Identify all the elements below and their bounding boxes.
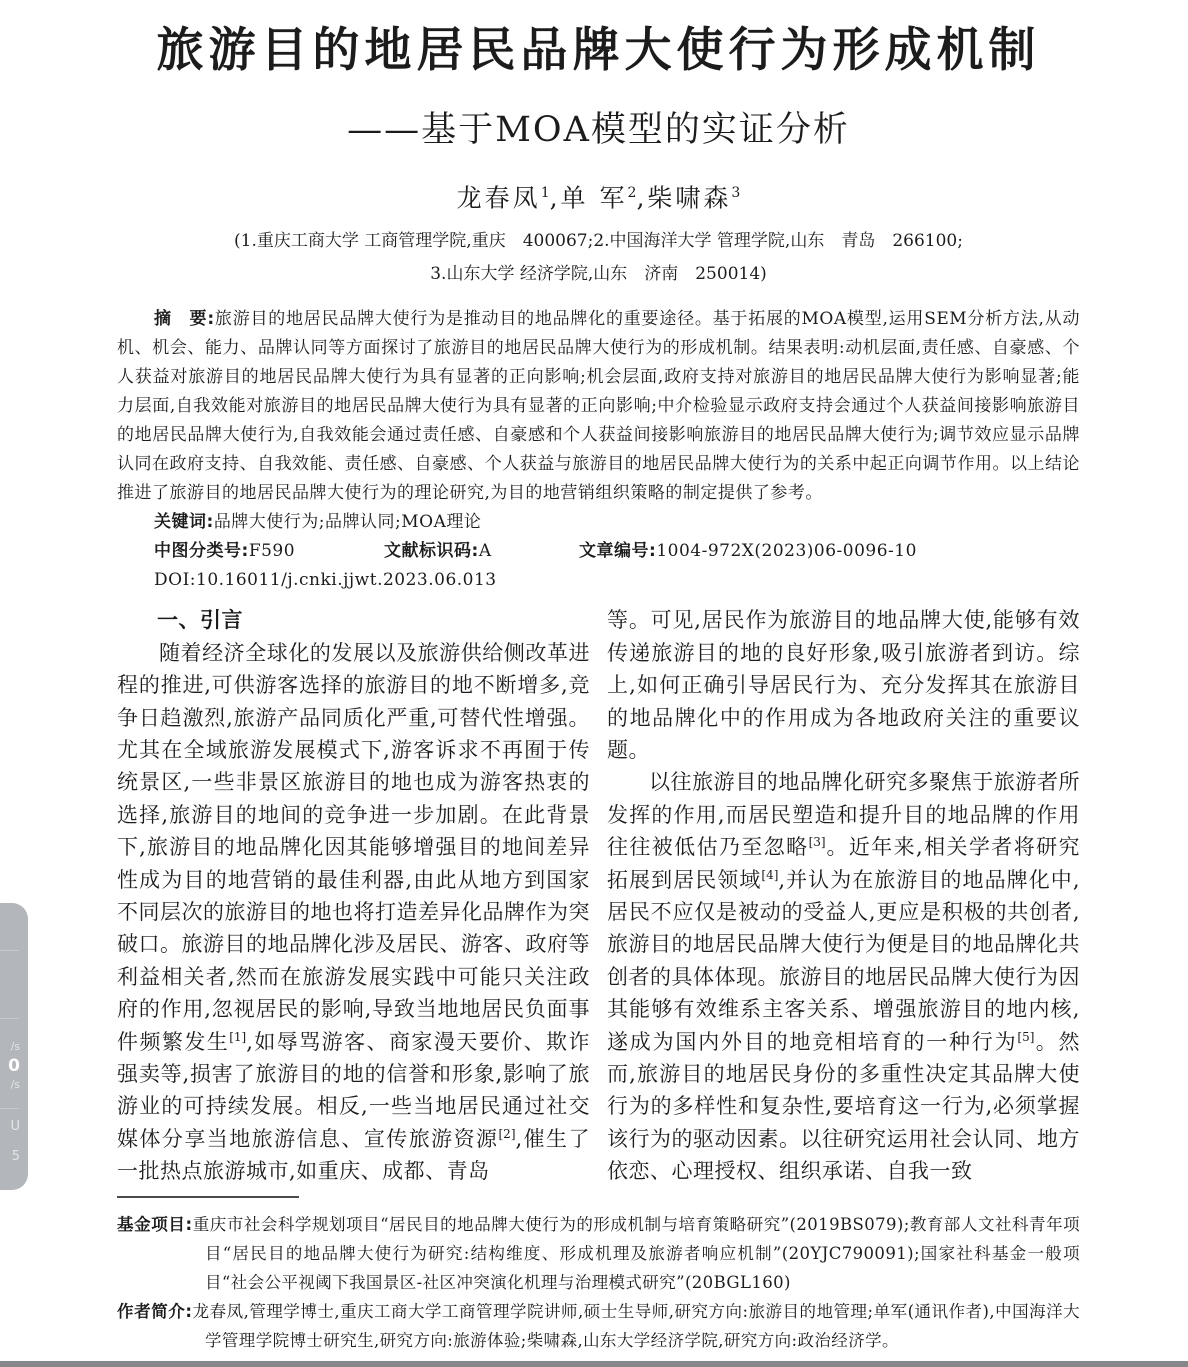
author-bio-label: 作者简介:	[117, 1302, 193, 1321]
intro-paragraph-continuation: 等。可见,居民作为旅游目的地品牌大使,能够有效传递旅游目的地的良好形象,吸引旅游…	[607, 604, 1080, 766]
article-id-value: 1004-972X(2023)06-0096-10	[656, 541, 917, 561]
widget-divider	[0, 1108, 19, 1109]
funding-label: 基金项目:	[117, 1215, 193, 1234]
doc-code-label: 文献标识码:	[384, 541, 479, 561]
keywords-label: 关键词:	[154, 512, 214, 532]
clc-value: F590	[249, 541, 295, 561]
intro-paragraph-2: 以往旅游目的地品牌化研究多聚焦于旅游者所发挥的作用,而居民塑造和提升目的地品牌的…	[607, 766, 1080, 1184]
article-id-label: 文章编号:	[579, 541, 656, 561]
widget-divider	[0, 950, 19, 951]
widget-speed-value-text: 0	[8, 1056, 20, 1076]
widget-speed-unit-text: /s	[11, 1079, 20, 1091]
intro-paragraph-left: 随着经济全球化的发展以及旅游供给侧改革进程的推进,可供游客选择的旅游目的地不断增…	[117, 637, 590, 1185]
classification-line: 中图分类号:F590文献标识码:A文章编号:1004-972X(2023)06-…	[117, 537, 1080, 566]
clc-group: 中图分类号:F590	[154, 537, 384, 566]
widget-speed-unit-text: /s	[11, 1041, 20, 1053]
abstract-label: 摘 要:	[154, 309, 215, 329]
page-content: 旅游目的地居民品牌大使行为形成机制 ——基于MOA模型的实证分析 龙春凤1,单 …	[117, 0, 1080, 1355]
affiliation-line-1: (1.重庆工商大学 工商管理学院,重庆 400067;2.中国海洋大学 管理学院…	[117, 225, 1080, 258]
keywords-text: 品牌大使行为;品牌认同;MOA理论	[214, 512, 482, 532]
abstract-paragraph: 摘 要:旅游目的地居民品牌大使行为是推动目的地品牌化的重要途径。基于拓展的MOA…	[117, 305, 1080, 508]
affiliation-line-2: 3.山东大学 经济学院,山东 济南 250014)	[117, 258, 1080, 291]
widget-label-text: 5	[12, 1151, 20, 1163]
funding-text: 重庆市社会科学规划项目“居民目的地品牌大使行为的形成机制与培育策略研究”(201…	[193, 1215, 1080, 1292]
journal-page: 旅游目的地居民品牌大使行为形成机制 ——基于MOA模型的实证分析 龙春凤1,单 …	[0, 0, 1188, 1367]
clc-label: 中图分类号:	[154, 541, 249, 561]
floating-speed-widget[interactable]: /s 0 /s U 5	[0, 903, 28, 1190]
doc-code-value: A	[479, 541, 492, 561]
body-columns: 一、引言 随着经济全球化的发展以及旅游供给侧改革进程的推进,可供游客选择的旅游目…	[117, 604, 1080, 1184]
widget-label-text: U	[10, 1121, 20, 1133]
bottom-edge-bar	[0, 1361, 1188, 1367]
section-heading-introduction: 一、引言	[117, 604, 590, 636]
left-column: 一、引言 随着经济全球化的发展以及旅游供给侧改革进程的推进,可供游客选择的旅游目…	[117, 604, 590, 1184]
abstract-text: 旅游目的地居民品牌大使行为是推动目的地品牌化的重要途径。基于拓展的MOA模型,运…	[117, 309, 1080, 503]
authors-line: 龙春凤1,单 军2,柴啸森3	[117, 176, 1080, 215]
keywords-line: 关键词:品牌大使行为;品牌认同;MOA理论	[117, 508, 1080, 537]
footnotes: 基金项目:重庆市社会科学规划项目“居民目的地品牌大使行为的形成机制与培育策略研究…	[117, 1210, 1080, 1355]
author-bio-text: 龙春凤,管理学博士,重庆工商大学工商管理学院讲师,硕士生导师,研究方向:旅游目的…	[193, 1302, 1081, 1350]
article-title: 旅游目的地居民品牌大使行为形成机制	[117, 20, 1080, 82]
funding-note: 基金项目:重庆市社会科学规划项目“居民目的地品牌大使行为的形成机制与培育策略研究…	[117, 1210, 1080, 1297]
doc-code-group: 文献标识码:A	[384, 537, 579, 566]
footnote-divider	[117, 1196, 299, 1198]
author-bio-note: 作者简介:龙春凤,管理学博士,重庆工商大学工商管理学院讲师,硕士生导师,研究方向…	[117, 1297, 1080, 1355]
widget-divider	[0, 1018, 19, 1019]
affiliations: (1.重庆工商大学 工商管理学院,重庆 400067;2.中国海洋大学 管理学院…	[117, 225, 1080, 291]
article-subtitle: ——基于MOA模型的实证分析	[117, 106, 1080, 154]
doi-line: DOI:10.16011/j.cnki.jjwt.2023.06.013	[117, 566, 1080, 595]
right-column: 等。可见,居民作为旅游目的地品牌大使,能够有效传递旅游目的地的良好形象,吸引旅游…	[607, 604, 1080, 1184]
article-id-group: 文章编号:1004-972X(2023)06-0096-10	[579, 537, 917, 566]
